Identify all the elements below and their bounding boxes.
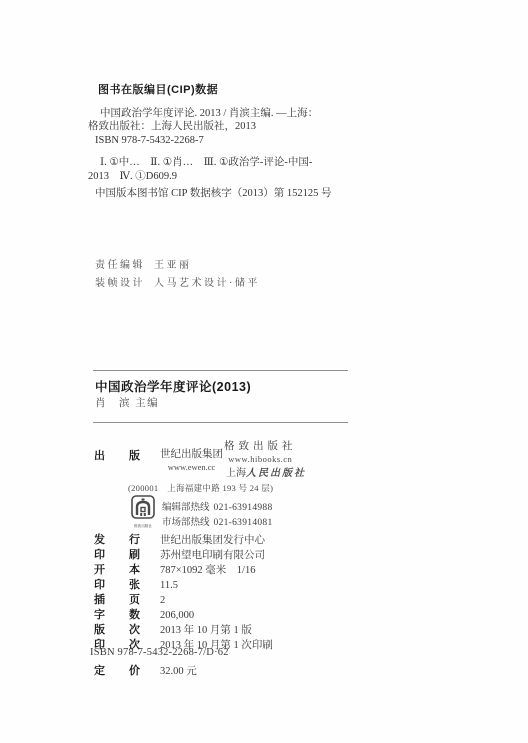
cip-classification-line: 2013 Ⅳ. ①D609.9 bbox=[88, 170, 398, 184]
credit-value: 人马艺术设计·储平 bbox=[154, 278, 260, 289]
credit-label: 装帧设计 bbox=[95, 278, 145, 289]
credit-label: 责任编辑 bbox=[95, 260, 145, 271]
publisher-row-label: 出版 bbox=[94, 447, 140, 463]
credits-block: 责任编辑王亚丽 装帧设计人马艺术设计·储平 bbox=[95, 257, 260, 292]
colophon-value: 32.00 元 bbox=[160, 666, 197, 677]
colophon-row-price: 定价32.00 元 bbox=[94, 661, 197, 679]
book-editor: 肖 滨 主编 bbox=[95, 395, 159, 410]
press: 格致出版社 www.hibooks.cn bbox=[224, 438, 297, 464]
co-publisher-script-text: 人民出版社 bbox=[246, 468, 306, 479]
divider-top bbox=[93, 370, 348, 371]
co-publisher-prefix: 上海 bbox=[226, 468, 246, 479]
hotline-number: 021-63914988 bbox=[214, 503, 273, 513]
credit-value: 王亚丽 bbox=[154, 260, 192, 271]
co-publisher: 上海人民出版社 bbox=[226, 464, 306, 479]
publishing-group-name: 世纪出版集团 bbox=[160, 446, 223, 461]
press-seal-caption: 格致出版社 bbox=[132, 523, 154, 528]
book-copyright-page: 图书在版编目(CIP)数据 中国政治学年度评论. 2013 / 肖滨主编. —上… bbox=[0, 0, 528, 743]
credit-row: 责任编辑王亚丽 bbox=[95, 257, 260, 275]
press-seal-logo: 格致出版社 bbox=[131, 495, 155, 528]
publisher-address: (200001 上海福建中路 193 号 24 层) bbox=[128, 482, 273, 494]
hotline-number: 021-63914081 bbox=[214, 518, 273, 528]
press-url: www.hibooks.cn bbox=[224, 454, 297, 464]
cip-header: 图书在版编目(CIP)数据 bbox=[98, 84, 398, 98]
hotline-row: 市场部热线021-63914081 bbox=[162, 514, 273, 528]
press-name: 格致出版社 bbox=[224, 438, 297, 453]
publishing-group: 世纪出版集团 www.ewen.cc bbox=[160, 446, 223, 472]
colophon-label: 定价 bbox=[94, 662, 140, 678]
press-seal-icon bbox=[131, 495, 155, 523]
hotline-row: 编辑部热线021-63914988 bbox=[162, 499, 273, 513]
hotline-label: 市场部热线 bbox=[162, 518, 210, 528]
cip-isbn-line: ISBN 978-7-5432-2268-7 bbox=[88, 134, 398, 148]
cip-classification-line: Ⅰ. ①中… Ⅱ. ①肖… Ⅲ. ①政治学-评论-中国- bbox=[88, 156, 398, 170]
cip-line: 中国政治学年度评论. 2013 / 肖滨主编. —上海： bbox=[88, 107, 398, 121]
cip-block: 图书在版编目(CIP)数据 中国政治学年度评论. 2013 / 肖滨主编. —上… bbox=[88, 84, 398, 201]
cip-record-number-line: 中国版本图书馆 CIP 数据核字（2013）第 152125 号 bbox=[88, 187, 398, 201]
hotline-label: 编辑部热线 bbox=[162, 503, 210, 513]
credit-row: 装帧设计人马艺术设计·储平 bbox=[95, 275, 260, 293]
publishing-group-url: www.ewen.cc bbox=[160, 462, 223, 472]
isbn-line: ISBN 978-7-5432-2268-7/D·62 bbox=[90, 647, 229, 658]
cip-line: 格致出版社：上海人民出版社，2013 bbox=[88, 120, 398, 134]
divider-bottom bbox=[93, 422, 348, 423]
book-title: 中国政治学年度评论(2013) bbox=[95, 377, 251, 395]
